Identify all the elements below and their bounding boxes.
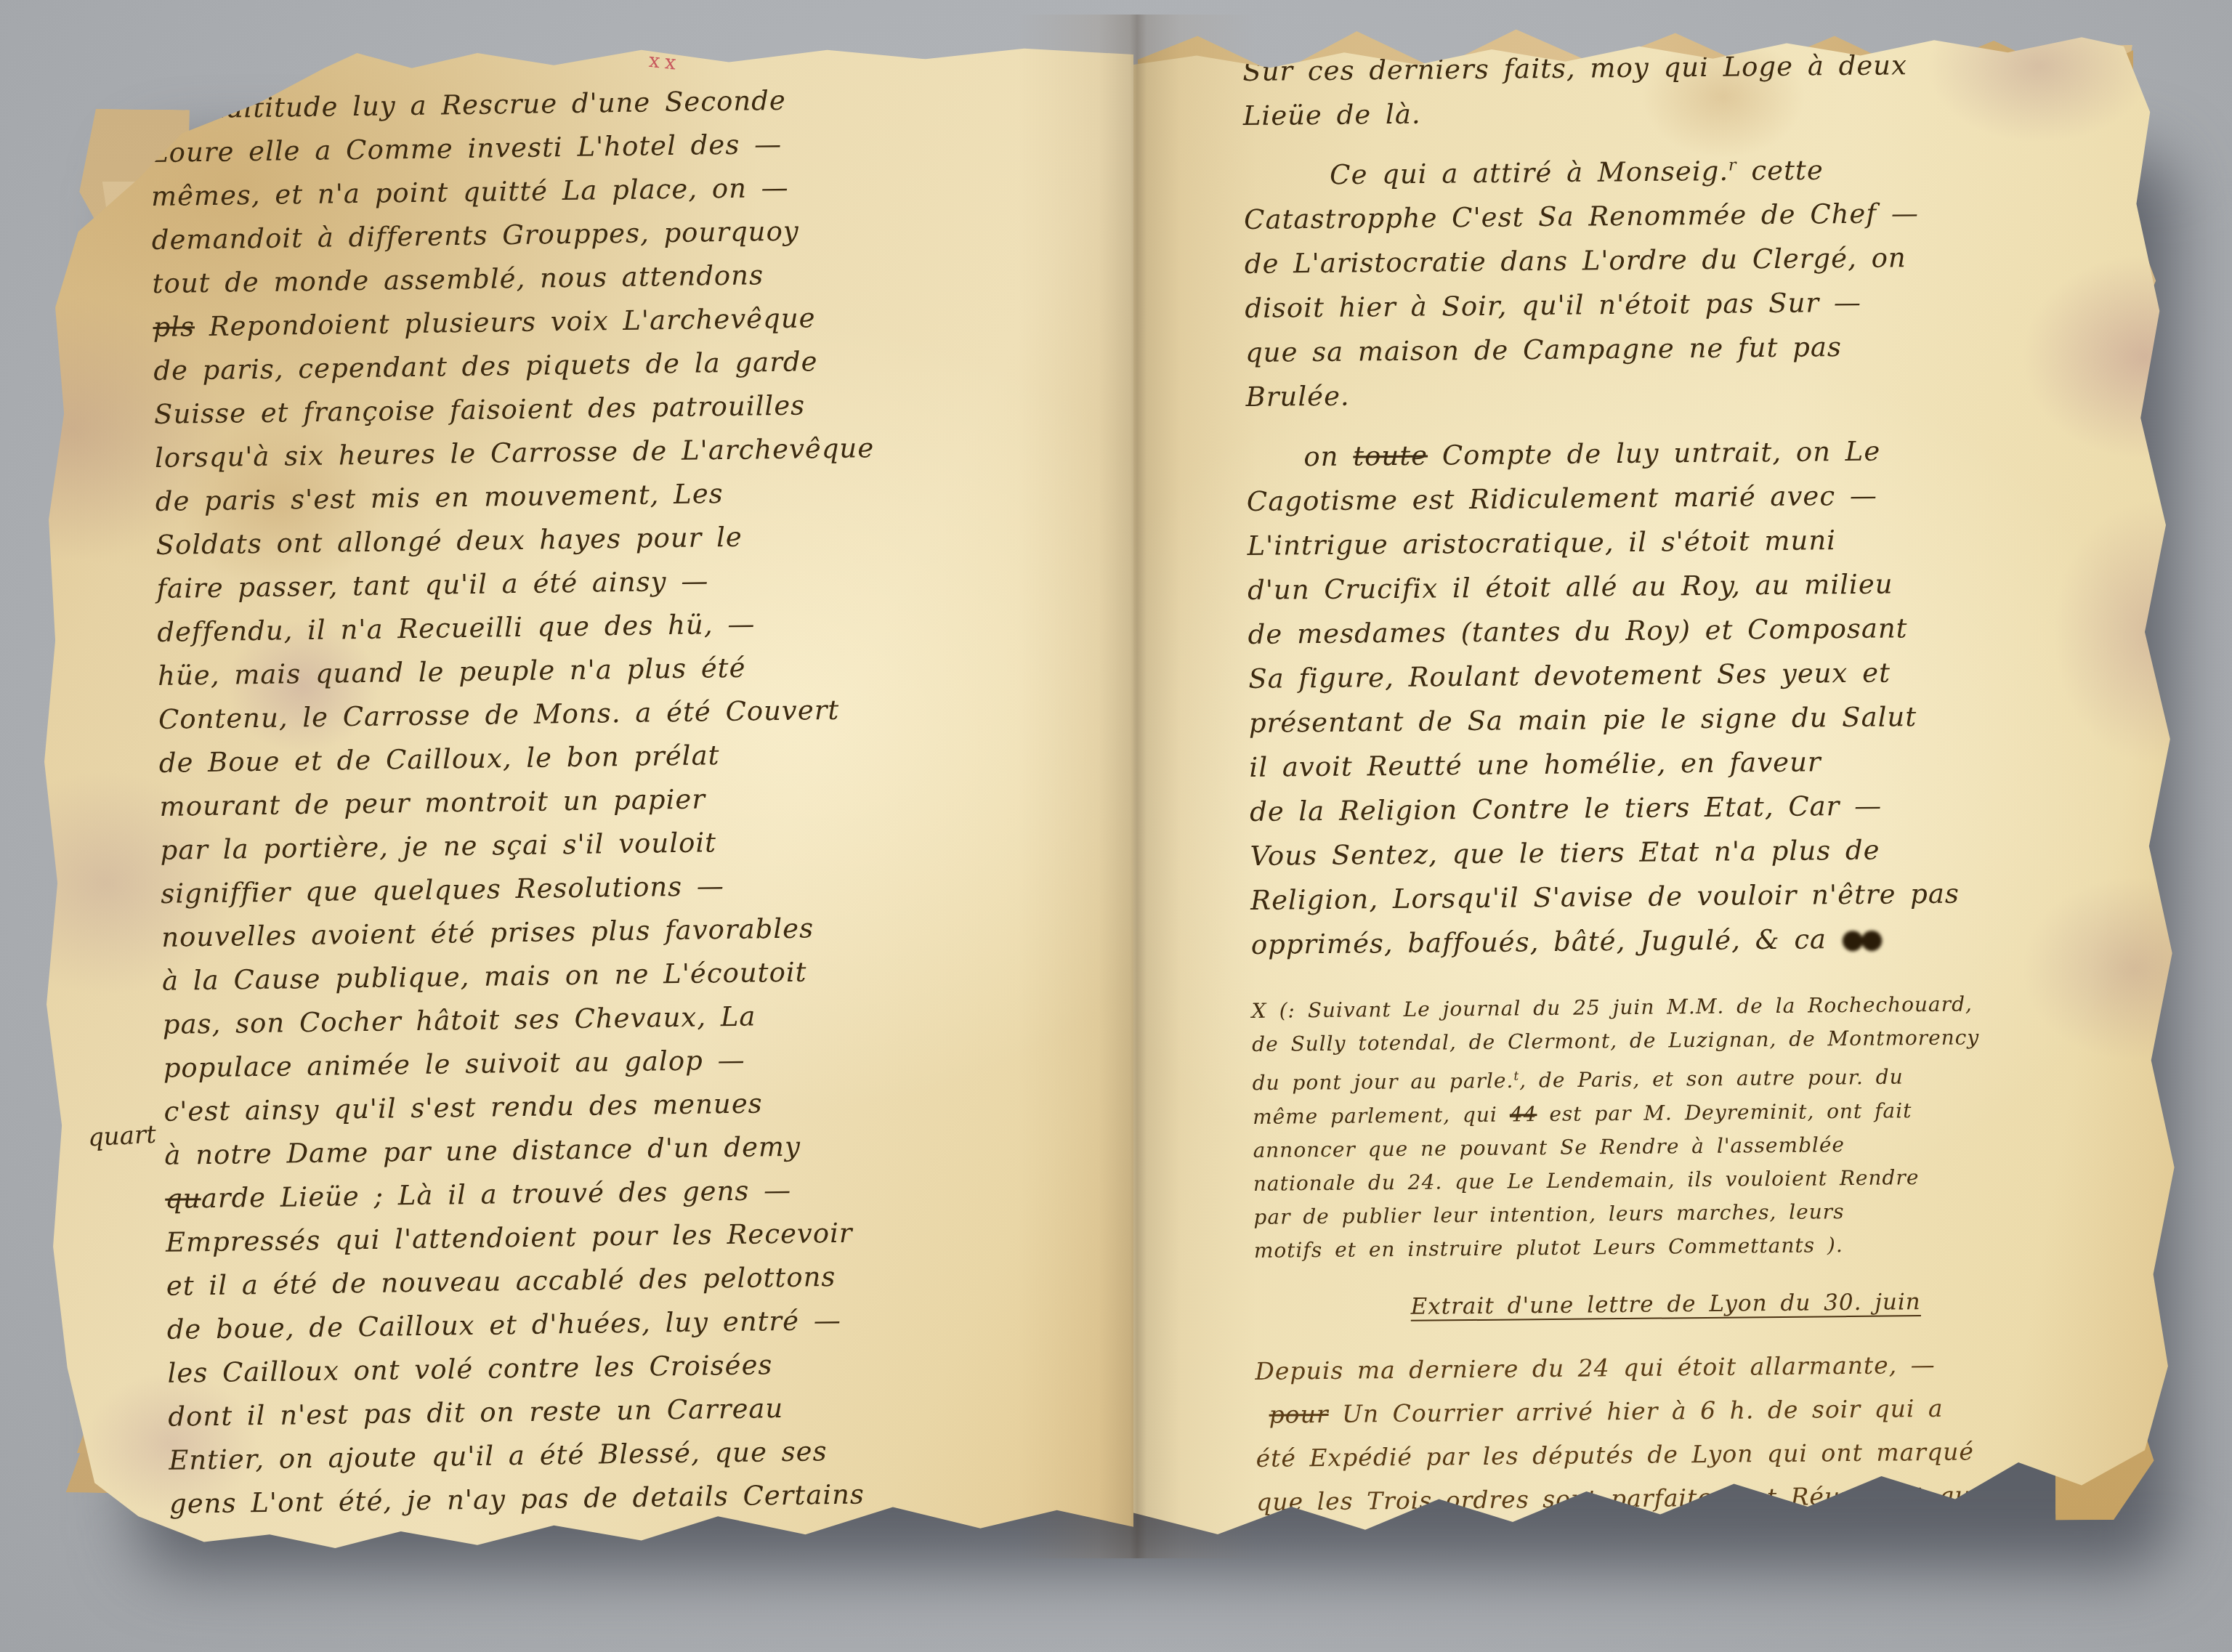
photo-background: xx les heuresLa multitude luy a Rescrue … [0, 0, 2232, 1652]
paragraph-cagotisme: on toute Compte de luy untrait, on LeCag… [1246, 426, 2159, 967]
manuscript-line: que les Trois ordres sont parfaitement R… [1256, 1472, 2165, 1524]
letter-heading: Extrait d'une lettre de Lyon du 30. juin [1410, 1278, 2163, 1329]
margin-note: quart [87, 1120, 157, 1153]
manuscript-line: Ce qui a attiré à Monseig.r cette [1243, 139, 2152, 198]
manuscript-book: xx les heuresLa multitude luy a Rescrue … [0, 0, 2232, 1652]
right-page-text: Sur ces derniers faits, moy qui Loge à d… [1242, 41, 2164, 1524]
manuscript-line: opprimés, baffoués, bâté, Jugulé, & ca ●… [1251, 914, 2160, 967]
manuscript-line: été Expédié par les députés de Lyon qui … [1255, 1428, 2164, 1481]
paragraph-catastrophe: Ce qui a attiré à Monseig.r cetteCatastr… [1243, 139, 2154, 419]
paragraph-lyon-letter: Depuis ma derniere du 24 qui étoit allar… [1255, 1341, 2164, 1524]
manuscript-line: Brulée. [1245, 366, 2154, 419]
left-page-text: les heuresLa multitude luy a Rescrue d'u… [149, 29, 1114, 1526]
right-page: Sur ces derniers faits, moy qui Loge à d… [1133, 20, 2187, 1550]
journal-note: X (: Suivant Le journal du 25 juin M.M. … [1251, 986, 2162, 1267]
manuscript-line: Lieüe de là. [1243, 85, 2152, 138]
left-page: xx les heuresLa multitude luy a Rescrue … [40, 35, 1133, 1550]
